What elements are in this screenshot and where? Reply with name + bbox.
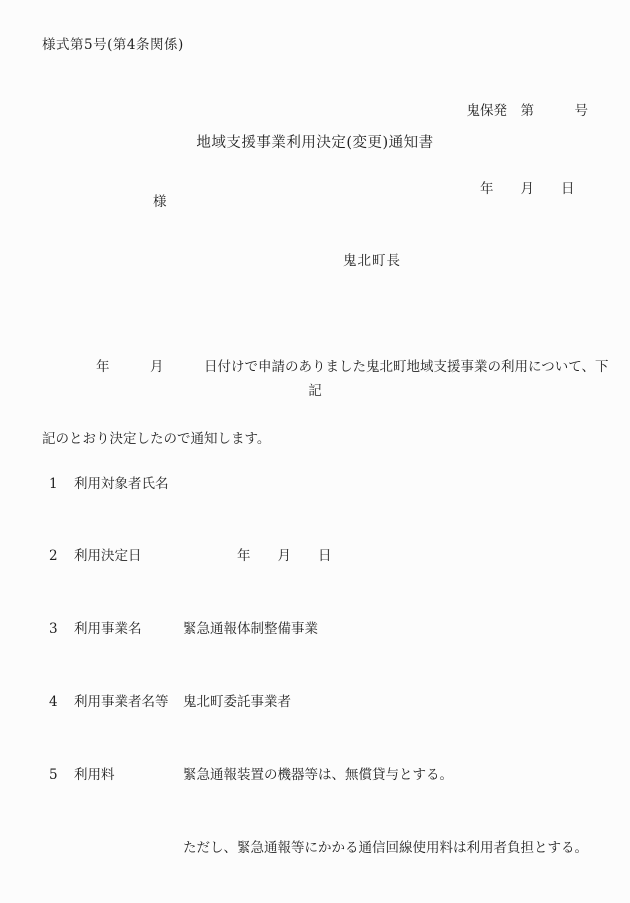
item-number: 4 (49, 690, 74, 714)
item-value: 緊急通報体制整備事業 (183, 617, 318, 641)
item-value: 年 月 日 (183, 544, 332, 568)
doc-date-line: 年 月 日 (467, 176, 589, 202)
list-item: 4 利用事業者名等 鬼北町委託事業者 (49, 690, 588, 714)
ki-marker: 記 (0, 379, 630, 399)
list-item: 5 利用料 緊急通報装置の機器等は、無償貸与とする。 (49, 763, 588, 787)
items-list: 1 利用対象者氏名 2 利用決定日 年 月 日 3 利用事業名 緊急通報体制整備… (49, 423, 588, 903)
item-label: 利用料 (74, 763, 183, 787)
sender-name: 鬼北町長 (343, 249, 401, 269)
list-item: 2 利用決定日 年 月 日 (49, 544, 588, 568)
list-item: 1 利用対象者氏名 (49, 472, 588, 496)
addressee-honorific: 様 (153, 190, 167, 210)
item-label: 利用決定日 (74, 544, 183, 568)
item-number: 3 (49, 617, 74, 641)
item-label: 利用事業者名等 (74, 690, 183, 714)
item-number: 5 (49, 763, 74, 787)
body-line-1: 年 月 日付けで申請のありました鬼北町地域支援事業の利用について、下 (42, 355, 608, 379)
item-number: 1 (49, 472, 74, 496)
item-label: 利用事業名 (74, 617, 183, 641)
list-item-continuation: ただし、緊急通報等にかかる通信回線使用料は利用者負担とする。 (49, 836, 588, 860)
doc-number-line: 鬼保発 第 号 (467, 98, 589, 124)
item-value: 緊急通報装置の機器等は、無償貸与とする。 (183, 763, 453, 787)
item-number: 2 (49, 544, 74, 568)
item-value: 鬼北町委託事業者 (183, 690, 291, 714)
document-page: 様式第5号(第4条関係) 鬼保発 第 号 年 月 日 地域支援事業利用決定(変更… (0, 0, 630, 903)
item-number (49, 836, 74, 860)
item-value-continuation: ただし、緊急通報等にかかる通信回線使用料は利用者負担とする。 (183, 836, 588, 860)
item-label: 利用対象者氏名 (74, 472, 183, 496)
list-item: 3 利用事業名 緊急通報体制整備事業 (49, 617, 588, 641)
document-title: 地域支援事業利用決定(変更)通知書 (0, 131, 630, 152)
form-number-label: 様式第5号(第4条関係) (42, 33, 184, 53)
item-label (74, 836, 183, 860)
